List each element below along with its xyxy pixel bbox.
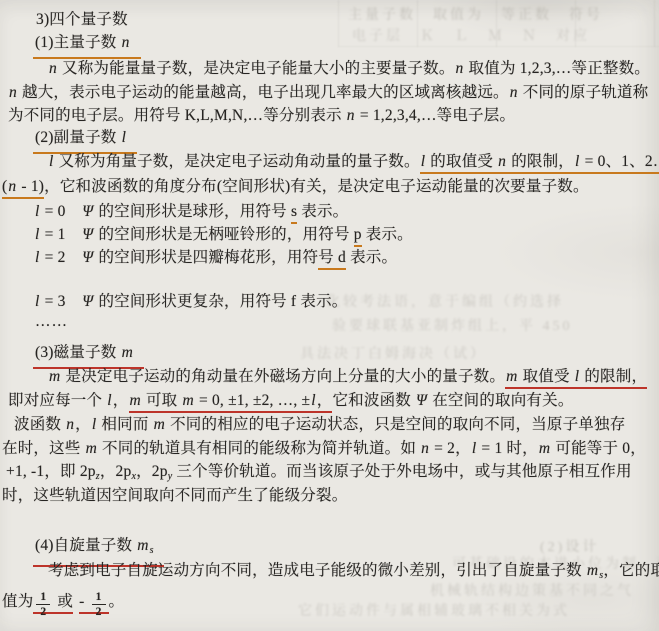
orange-underlined-phrase: l 的取值受 n 的限制，l = 0、1、2… <box>420 153 659 174</box>
fraction-one-half: 12 <box>36 591 50 618</box>
math-var: m <box>181 392 194 409</box>
math-var: m <box>48 368 61 385</box>
body-line: n 越大，表示电子运动的能量越高，电子出现几率最大的区域离核越远。n 不同的原子… <box>8 82 648 104</box>
heading-text: 3)四个量子数 <box>36 11 128 28</box>
fraction-denominator: 2 <box>92 605 106 618</box>
fraction-numerator: 1 <box>92 591 106 605</box>
body-line-l1: l = 1 Ψ 的空间形状是无柄哑铃形的，用符号 p 表示。 <box>34 224 413 246</box>
fraction-numerator: 1 <box>36 591 50 605</box>
body-line: n 又称为能量量子数，是决定电子能量大小的主要量子数。n 取值为 1,2,3,…… <box>48 58 650 80</box>
orange-underlined-title: (2)副量子数 l <box>33 127 137 154</box>
math-var: n <box>509 84 519 101</box>
body-line: 为不同的电子层。用符号 K,L,M,N,…等分别表示 n = 1,2,3,4,…… <box>8 105 515 127</box>
red-underlined-phrase: m 可取 m = 0, ±1, ±2, …, ±l， <box>129 392 333 413</box>
math-var-psi: Ψ <box>415 392 428 409</box>
math-var-psi: Ψ <box>81 203 94 220</box>
math-var: n <box>121 34 131 51</box>
red-underlined-phrase: m 取值受 l 的限制， <box>505 368 647 389</box>
body-line-fractions: 值为12 或- 12。 <box>2 586 124 618</box>
fraction-denominator: 2 <box>36 605 50 618</box>
red-underlined-fraction: 12 或 <box>33 593 73 614</box>
bleedthrough-text: 具法决丁白姆海决（试） <box>300 343 487 363</box>
bleedthrough-text: 化较考法语，意于编组（约选择 <box>326 291 564 311</box>
bleedthrough-text: 电子层 Ｋ Ｌ Ｍ Ｎ 对应 <box>352 25 590 45</box>
bleedthrough-text: 验要球联基亚制炸组上，平 450 <box>332 315 573 335</box>
body-line: m 是决定电子运动的角动量在外磁场方向上分量的大小的量子数。m 取值受 l 的限… <box>48 366 647 388</box>
body-line: 考虑到电子自旋运动方向不同，造成电子能级的微小差别，引出了自旋量子数 ms，它的… <box>48 560 659 587</box>
bleedthrough-text: 主量子数 取值为 等正数 符号 <box>348 4 603 24</box>
math-var: l <box>121 129 128 146</box>
body-line: 波函数 n，l 相同而 m 不同的相应的电子运动状态，只是空间的取向不同，当原子… <box>14 414 625 436</box>
math-var: n <box>497 153 507 170</box>
orange-underlined-symbol: p <box>354 226 362 247</box>
red-underlined-fraction: - 12 <box>79 593 108 614</box>
orange-underlined-symbol: 号 d <box>318 249 346 270</box>
section-heading: 3)四个量子数 <box>36 9 128 31</box>
body-line: (n - 1)，它和波函数的角度分布(空间形状)有关，是决定电子运动能量的次要量… <box>2 176 589 198</box>
math-var: n <box>7 178 17 195</box>
math-var: m <box>505 368 518 385</box>
math-var: m <box>85 440 98 457</box>
body-line: l 又称为角量子数，是决定电子运动角动量的量子数。l 的取值受 n 的限制，l … <box>48 151 659 173</box>
math-var: n <box>346 107 356 124</box>
body-line: 时，这些轨道因空间取向不同而产生了能级分裂。 <box>2 485 347 507</box>
orange-underlined-phrase: (n - 1) <box>2 178 44 199</box>
bleedthrough-table-grid <box>338 0 659 47</box>
fraction-one-half: 12 <box>92 591 106 618</box>
subsection-title-magnetic-qn: (3)磁量子数 m <box>35 342 144 369</box>
math-var-psi: Ψ <box>81 226 94 243</box>
red-underlined-title: (3)磁量子数 m <box>33 342 144 369</box>
math-var: n <box>48 60 58 77</box>
body-line-l2: l = 2 Ψ 的空间形状是四瓣梅花形，用符号 d 表示。 <box>34 247 397 269</box>
math-var: m <box>586 562 599 579</box>
math-var: n <box>8 84 18 101</box>
bleedthrough-text: 它们运动件与属相辅玻璃不相关为式 <box>298 600 570 620</box>
math-var: m <box>538 440 551 457</box>
math-var: n <box>455 60 465 77</box>
spin-subscript: s <box>150 545 154 556</box>
math-var: m <box>121 344 134 361</box>
math-var: m <box>153 416 166 433</box>
subsection-title-azimuthal-qn: (2)副量子数 l <box>35 127 137 154</box>
body-line-l0: l = 0 Ψ 的空间形状是球形，用符号 s 表示。 <box>34 201 348 223</box>
math-var: m <box>129 392 142 409</box>
subsection-title-principal-qn: (1)主量子数 n <box>35 32 141 59</box>
body-line-l3: l = 3 Ψ 的空间形状更复杂，用符号 f 表示。 <box>34 291 347 313</box>
body-line: 即对应每一个 l，m 可取 m = 0, ±1, ±2, …, ±l，它和波函数… <box>8 390 574 412</box>
math-var: n <box>65 416 75 433</box>
body-line: 在时，这些 m 不同的轨道具有相同的能级称为简并轨道。如 n = 2，l = 1… <box>2 438 646 460</box>
math-var: m <box>136 537 149 554</box>
ellipsis-line: …… <box>35 311 68 333</box>
body-line-orbitals: +1, -1，即 2pz，2px，2py 三个等价轨道。而当该原子处于外电场中，… <box>6 461 632 488</box>
math-var-psi: Ψ <box>81 249 94 266</box>
scanned-textbook-page: 主量子数 取值为 等正数 符号 电子层 Ｋ Ｌ Ｍ Ｎ 对应 化较考法语，意于编… <box>0 0 659 631</box>
math-var: n <box>420 440 430 457</box>
bleedthrough-text: (2)设计 <box>540 536 599 556</box>
math-var-psi: Ψ <box>81 293 94 310</box>
orange-underlined-title: (1)主量子数 n <box>33 32 141 59</box>
